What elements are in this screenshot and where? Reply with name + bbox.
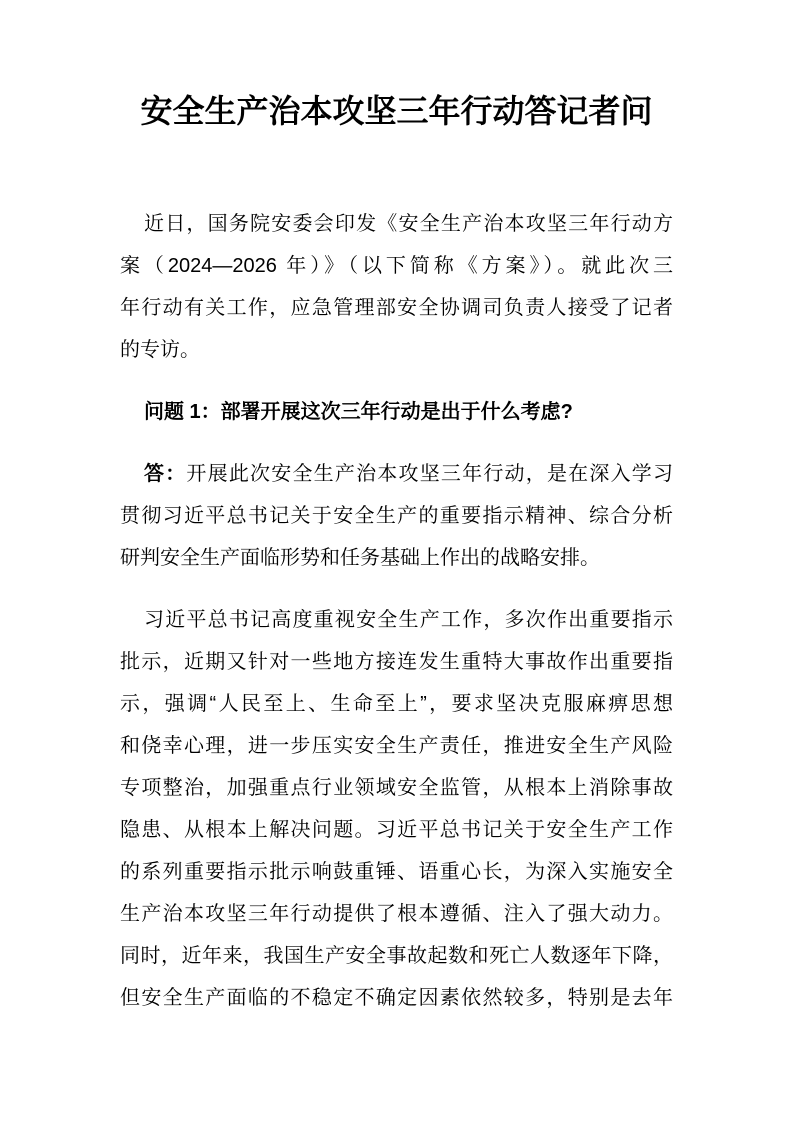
text-line: 但安全生产面临的不稳定不确定因素依然较多，特别是去年 (120, 977, 673, 1019)
text-line: 同时，近年来，我国生产安全事故起数和死亡人数逐年下降， (120, 935, 673, 977)
text-line: 生产治本攻坚三年行动提供了根本遵循、注入了强大动力。 (120, 893, 673, 935)
document-body: 近日，国务院安委会印发《安全生产治本攻坚三年行动方案（2024—2026 年）》… (120, 203, 673, 1019)
text-line: 批示，近期又针对一些地方接连发生重特大事故作出重要指 (120, 641, 673, 683)
text-line: 示，强调“人民至上、生命至上”，要求坚决克服麻痹思想 (120, 683, 673, 725)
text-line: 案（2024—2026 年）》（以下简称《方案》）。就此次三 (120, 245, 673, 287)
text-line: 专项整治，加强重点行业领域安全监管，从根本上消除事故 (120, 767, 673, 809)
question-1-heading: 问题 1：部署开展这次三年行动是出于什么考虑? (120, 391, 673, 433)
intro-paragraph: 近日，国务院安委会印发《安全生产治本攻坚三年行动方案（2024—2026 年）》… (120, 203, 673, 371)
text-line: 和侥幸心理，进一步压实安全生产责任，推进安全生产风险 (120, 725, 673, 767)
text-line: 答：开展此次安全生产治本攻坚三年行动，是在深入学习 (120, 453, 673, 495)
answer-1-paragraph-1: 答：开展此次安全生产治本攻坚三年行动，是在深入学习贯彻习近平总书记关于安全生产的… (120, 453, 673, 579)
document-page: 安全生产治本攻坚三年行动答记者问 近日，国务院安委会印发《安全生产治本攻坚三年行… (0, 0, 793, 1122)
text-line: 的系列重要指示批示响鼓重锤、语重心长，为深入实施安全 (120, 851, 673, 893)
text-line: 研判安全生产面临形势和任务基础上作出的战略安排。 (120, 537, 673, 579)
text-line: 年行动有关工作，应急管理部安全协调司负责人接受了记者 (120, 287, 673, 329)
answer-label: 答： (144, 463, 186, 485)
answer-1-paragraph-2: 习近平总书记高度重视安全生产工作，多次作出重要指示批示，近期又针对一些地方接连发… (120, 599, 673, 1019)
text-line: 习近平总书记高度重视安全生产工作，多次作出重要指示 (120, 599, 673, 641)
text-line: 的专访。 (120, 329, 673, 371)
document-title: 安全生产治本攻坚三年行动答记者问 (120, 88, 673, 134)
text-line: 问题 1：部署开展这次三年行动是出于什么考虑? (120, 391, 673, 433)
text-line: 隐患、从根本上解决问题。习近平总书记关于安全生产工作 (120, 809, 673, 851)
text-line: 贯彻习近平总书记关于安全生产的重要指示精神、综合分析 (120, 495, 673, 537)
text-line: 近日，国务院安委会印发《安全生产治本攻坚三年行动方 (120, 203, 673, 245)
